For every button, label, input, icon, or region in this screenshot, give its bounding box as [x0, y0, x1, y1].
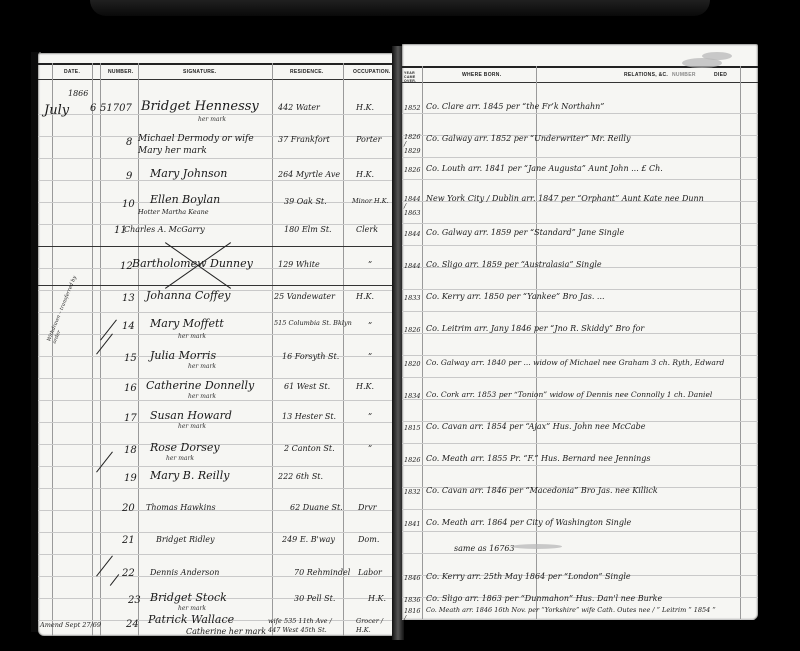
entry-number: 17 [124, 413, 137, 424]
entry-year: 1826 [404, 326, 421, 334]
entry-number: 19 [124, 473, 137, 484]
entry-residence: 62 Duane St. [290, 503, 343, 512]
entry-number: 22 [122, 568, 135, 579]
entry-signature: Mary Johnson [150, 167, 227, 180]
entry-residence: 61 West St. [284, 382, 330, 391]
entry-residence: 30 Pell St. [294, 594, 335, 603]
entry-number: 21 [122, 535, 135, 546]
entry-year: 1834 [404, 392, 421, 400]
header-occupation: Occupation. [353, 69, 391, 75]
header-relations: Relations, &c. [624, 72, 668, 78]
entry-occupation: H.K. [368, 594, 386, 603]
entry-origin: Co. Cork arr. 1853 per “Tonion” widow of… [426, 390, 712, 399]
entry-number: 13 [122, 293, 135, 304]
entry-occupation: Drvr [358, 503, 377, 512]
entry-occupation: ” [368, 412, 372, 421]
entry-signature: Catherine Donnelly [146, 379, 254, 392]
entry-residence: 70 Rehmindel [294, 568, 350, 577]
entry-signature-note: her mark [166, 455, 194, 462]
entry-year: 1826 [404, 166, 421, 174]
entry-number: 15 [124, 353, 137, 364]
entry-residence: 129 White [278, 260, 320, 269]
entry-occupation: H.K. [356, 103, 374, 112]
entry-origin: Co. Galway arr. 1852 per “Underwriter” M… [426, 134, 631, 143]
entry-year: 1826 / 1829 [404, 134, 422, 155]
entry-year: 1846 [404, 574, 421, 582]
entry-residence: 222 6th St. [278, 472, 323, 481]
entry-occupation: ” [368, 352, 372, 361]
entry-occupation: Clerk [356, 225, 378, 234]
entry-origin: Co. Kerry arr. 1850 per “Yankee” Bro Jas… [426, 292, 605, 301]
entry-number: 23 [128, 595, 141, 606]
entry-residence: 2 Canton St. [284, 444, 335, 453]
entry-occupation: ” [368, 260, 372, 269]
entry-residence: 249 E. B'way [282, 535, 335, 544]
entry-occupation: H.K. [356, 170, 374, 179]
entry-signature-note: her mark [188, 393, 216, 400]
entry-number: 18 [124, 445, 137, 456]
header-number: Number. [108, 69, 133, 75]
entry-number: 14 [122, 321, 135, 332]
entry-residence: 39 Oak St. [284, 197, 327, 206]
entry-signature-note: her mark [198, 116, 226, 123]
entry-signature: Julia Morris [150, 349, 216, 362]
entry-signature-note: Catherine her mark [186, 627, 266, 636]
entry-number: 12 [120, 261, 133, 272]
entry-origin: Co. Galway arr. 1840 per ... widow of Mi… [426, 358, 724, 367]
entry-origin: Co. Meath arr. 1864 per City of Washingt… [426, 518, 631, 527]
entry-residence: 37 Frankfort [278, 135, 330, 144]
entry-signature: Ellen Boylan [150, 193, 220, 206]
entry-year: 1832 [404, 488, 421, 496]
entry-number: 24 [126, 619, 139, 630]
entry-signature: Dennis Anderson [150, 568, 219, 577]
entry-signature: Bridget Hennessy [141, 99, 259, 114]
left-page: Date. Number. Signature. Residence. Occu… [38, 53, 394, 636]
entry-origin: Co. Leitrim arr. Jany 1846 per “Jno R. S… [426, 324, 644, 333]
year-note: 1866 [68, 89, 88, 98]
entry-number: 10 [122, 199, 135, 210]
entry-year: 1833 [404, 294, 421, 302]
entry-origin: Co. Meath arr. 1846 16th Nov. per “Yorks… [426, 606, 756, 614]
entry-origin: Co. Kerry arr. 25th May 1864 per “London… [426, 572, 631, 581]
entry-signature: Mary B. Reilly [150, 469, 229, 482]
entry-occupation: ” [368, 321, 372, 330]
entry-signature-note: her mark [178, 333, 206, 340]
entry-number: 20 [122, 503, 135, 514]
entry-signature: Susan Howard [150, 409, 232, 422]
entry-origin: Co. Meath arr. 1855 Pr. “F.” Hus. Bernar… [426, 454, 651, 463]
entry-signature: Michael Dermody or wife Mary her mark [138, 133, 268, 157]
entry-residence: 264 Myrtle Ave [278, 170, 340, 179]
entry-year: 1852 [404, 104, 421, 112]
entry-occupation: H.K. [356, 382, 374, 391]
right-page: Year Came Over. Where Born. Relations, &… [402, 44, 758, 620]
entry-year: 1844 [404, 262, 421, 270]
entry-signature: Charles A. McGarry [124, 225, 205, 234]
header-where-born: Where Born. [462, 72, 501, 78]
entry-signature: Bridget Ridley [156, 535, 215, 544]
entry-occupation: Dom. [358, 535, 379, 544]
entry-residence: 25 Vandewater [274, 292, 335, 301]
entry-origin: New York City / Dublin arr. 1847 per “Or… [426, 194, 746, 204]
header-number: Number [672, 72, 696, 78]
entry-occupation: ” [368, 444, 372, 453]
entry-origin: Co. Galway arr. 1859 per “Standard” Jane… [426, 228, 624, 237]
bottom-margin-note: Amend Sept 27/69 [40, 621, 101, 629]
entry-origin: Co. Sligo arr. 1863 per “Dunmahon” Hus. … [426, 594, 662, 603]
entry-year: 1820 [404, 360, 421, 368]
entry-signature: Mary Moffett [150, 317, 224, 330]
entry-signature: Thomas Hawkins [146, 503, 216, 512]
entry-residence: 515 Columbia St. Bklyn [274, 319, 352, 327]
header-signature: Signature. [183, 69, 216, 75]
entry-year: 1844 [404, 230, 421, 238]
entry-number: 16 [124, 383, 137, 394]
entry-occupation: Labor [358, 568, 382, 577]
entry-origin: same as 16763 [454, 544, 515, 553]
entry-origin: Co. Louth arr. 1841 per “Jane Augusta” A… [426, 164, 663, 173]
day: 6 [90, 103, 96, 114]
header-date: Date. [64, 69, 80, 75]
entry-origin: Co. Clare arr. 1845 per “the Fr’k Northa… [426, 102, 604, 111]
entry-signature-note: Hotter Martha Keane [138, 208, 209, 216]
right-header-row: Year Came Over. Where Born. Relations, &… [402, 66, 758, 83]
header-residence: Residence. [290, 69, 324, 75]
entry-year: 1844 / 1863 [404, 196, 422, 217]
entry-origin: Co. Sligo arr. 1859 per “Australasia” Si… [426, 260, 602, 269]
month: July [44, 103, 69, 118]
entry-residence: 180 Elm St. [284, 225, 332, 234]
entry-origin: Co. Cavan arr. 1846 per “Macedonia” Bro … [426, 486, 658, 495]
entry-occupation: Grocer / H.K. [356, 617, 392, 635]
entry-number: 8 [126, 137, 132, 148]
entry-signature-note: her mark [178, 605, 206, 612]
entry-year: 1815 [404, 424, 421, 432]
entry-signature: Patrick Wallace [148, 613, 234, 626]
entry-signature: Johanna Coffey [146, 289, 230, 302]
entry-year: 1826 [404, 456, 421, 464]
entry-signature: Rose Dorsey [150, 441, 220, 454]
entry-number: 51707 [100, 103, 132, 114]
entry-year: 1836 [404, 596, 421, 604]
header-year-came-over: Year Came Over. [404, 71, 420, 83]
entry-year: 1841 [404, 520, 421, 528]
entry-signature: Bridget Stock [150, 591, 227, 604]
entry-occupation: H.K. [356, 292, 374, 301]
entry-residence: 442 Water [278, 103, 320, 112]
scanner-shadow [90, 0, 710, 16]
entry-residence: wife 535 11th Ave / 447 West 45th St. [268, 617, 344, 635]
entry-occupation: Porter [356, 135, 381, 144]
entry-residence: 13 Hester St. [282, 412, 336, 421]
header-died: Died [714, 72, 727, 78]
entry-residence: 16 Forsyth St. [282, 352, 339, 361]
entry-signature-note: her mark [188, 363, 216, 370]
entry-origin: Co. Cavan arr. 1854 per “Ajax” Hus. John… [426, 422, 646, 431]
entry-number: 9 [126, 171, 132, 182]
entry-occupation: Minor H.K. [352, 197, 392, 205]
entry-year: 1816 / 1834 [404, 608, 422, 620]
entry-signature-note: her mark [178, 423, 206, 430]
